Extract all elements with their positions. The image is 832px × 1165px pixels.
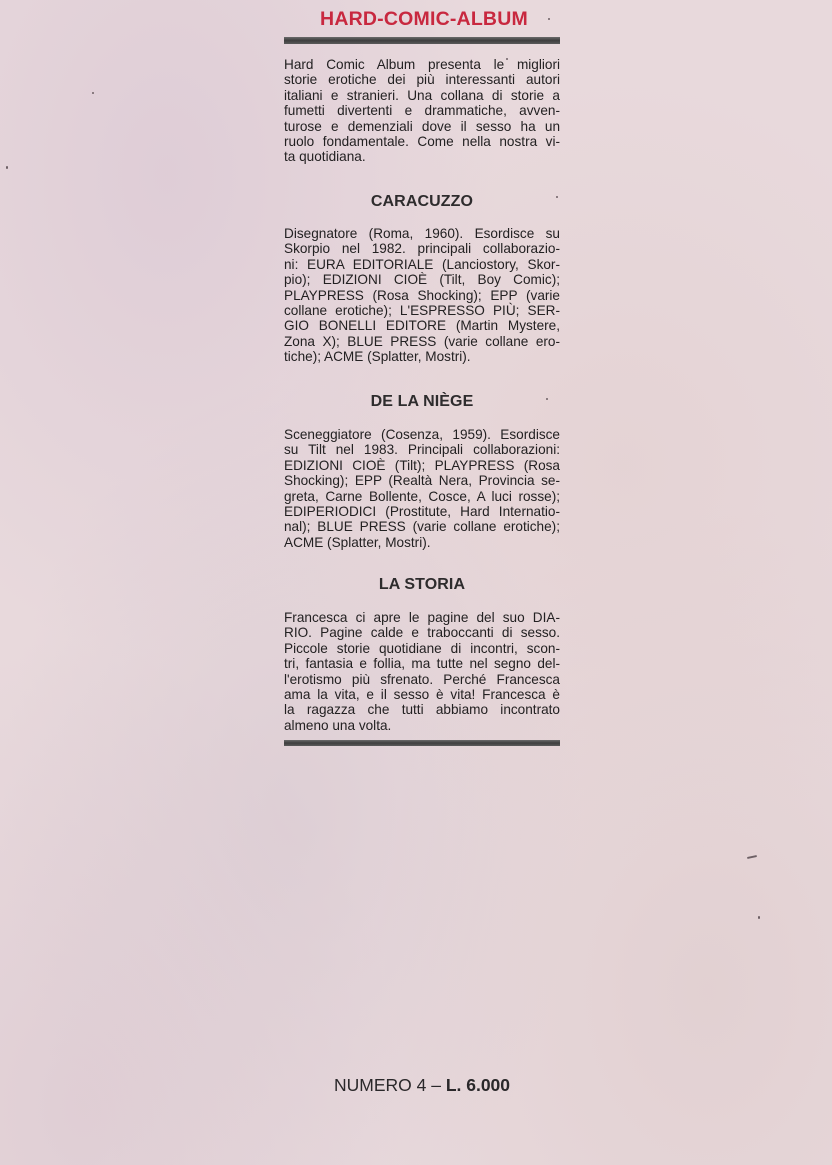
bio-line: su Tilt nel 1983. Principali collaborazi…	[284, 442, 560, 457]
intro-line: turose e demenziali dove il sesso ha un	[284, 119, 560, 134]
la-storia-synopsis: Francesca ci apre le pagine del suo DIA-…	[284, 610, 560, 733]
issue-number: NUMERO 4 –	[334, 1075, 441, 1095]
intro-line: italiani e stranieri. Una collana di sto…	[284, 88, 560, 103]
synopsis-line: la ragazza che tutti abbiamo incontrato	[284, 702, 560, 717]
bio-line: Shocking); EPP (Realtà Nera, Provincia s…	[284, 473, 560, 488]
paper-speck	[92, 92, 94, 94]
bio-line: pio); EDIZIONI CIOÈ (Tilt, Boy Comic);	[284, 272, 560, 287]
synopsis-line: Piccole storie quotidiane di incontri, s…	[284, 641, 560, 656]
bio-line: EDIPERIODICI (Prostitute, Hard Internati…	[284, 504, 560, 519]
bio-line: ACME (Splatter, Mostri).	[284, 535, 560, 550]
cover-price: L. 6.000	[446, 1075, 510, 1095]
issue-price-line: NUMERO 4 – L. 6.000	[284, 1075, 560, 1096]
intro-line: Hard Comic Album presenta le migliori	[284, 57, 560, 72]
intro-line: fumetti divertenti e drammatiche, avven-	[284, 103, 560, 118]
series-title: HARD-COMIC-ALBUM	[288, 8, 560, 31]
bio-line: PLAYPRESS (Rosa Shocking); EPP (varie	[284, 288, 560, 303]
bio-line: Disegnatore (Roma, 1960). Esordisce su	[284, 226, 560, 241]
synopsis-line: ama la vita, e il sesso è vita! Francesc…	[284, 687, 560, 702]
paper-speck	[6, 166, 8, 169]
intro-line: ruolo fondamentale. Come nella nostra vi…	[284, 134, 560, 149]
bio-line: ni: EURA EDITORIALE (Lanciostory, Skor-	[284, 257, 560, 272]
de-la-niege-bio: Sceneggiatore (Cosenza, 1959). Esordisce…	[284, 427, 560, 550]
synopsis-line: l'erotismo più sfrenato. Perché Francesc…	[284, 672, 560, 687]
intro-line: storie erotiche dei più interessanti aut…	[284, 72, 560, 87]
bio-line: Sceneggiatore (Cosenza, 1959). Esordisce	[284, 427, 560, 442]
bio-line: greta, Carne Bollente, Cosce, A luci ros…	[284, 489, 560, 504]
caracuzzo-bio: Disegnatore (Roma, 1960). Esordisce su S…	[284, 226, 560, 365]
bio-line: Skorpio nel 1982. principali collaborazi…	[284, 241, 560, 256]
synopsis-line: RIO. Pagine calde e traboccanti di sesso…	[284, 625, 560, 640]
bio-line: collane erotiche); L'ESPRESSO PIÙ; SER-	[284, 303, 560, 318]
top-divider-bar	[284, 37, 560, 44]
synopsis-line: tri, fantasia e follia, ma tutte nel seg…	[284, 656, 560, 671]
section-heading-caracuzzo: CARACUZZO	[284, 193, 560, 211]
bio-line: nal); BLUE PRESS (varie collane erotiche…	[284, 519, 560, 534]
bio-line: GIO BONELLI EDITORE (Martin Mystere,	[284, 318, 560, 333]
paper-speck	[758, 916, 760, 919]
section-heading-de-la-niege: DE LA NIÈGE	[284, 393, 560, 411]
section-heading-la-storia: LA STORIA	[284, 576, 560, 594]
intro-paragraph: Hard Comic Album presenta le migliori st…	[284, 57, 560, 165]
bio-line: Zona X); BLUE PRESS (varie collane ero-	[284, 334, 560, 349]
bio-line: EDIZIONI CIOÈ (Tilt); PLAYPRESS (Rosa	[284, 458, 560, 473]
paper-speck	[747, 855, 757, 859]
bio-line: tiche); ACME (Splatter, Mostri).	[284, 349, 560, 364]
intro-line: ta quotidiana.	[284, 149, 560, 164]
synopsis-line: almeno una volta.	[284, 718, 560, 733]
synopsis-line: Francesca ci apre le pagine del suo DIA-	[284, 610, 560, 625]
bottom-divider-bar	[284, 740, 560, 746]
